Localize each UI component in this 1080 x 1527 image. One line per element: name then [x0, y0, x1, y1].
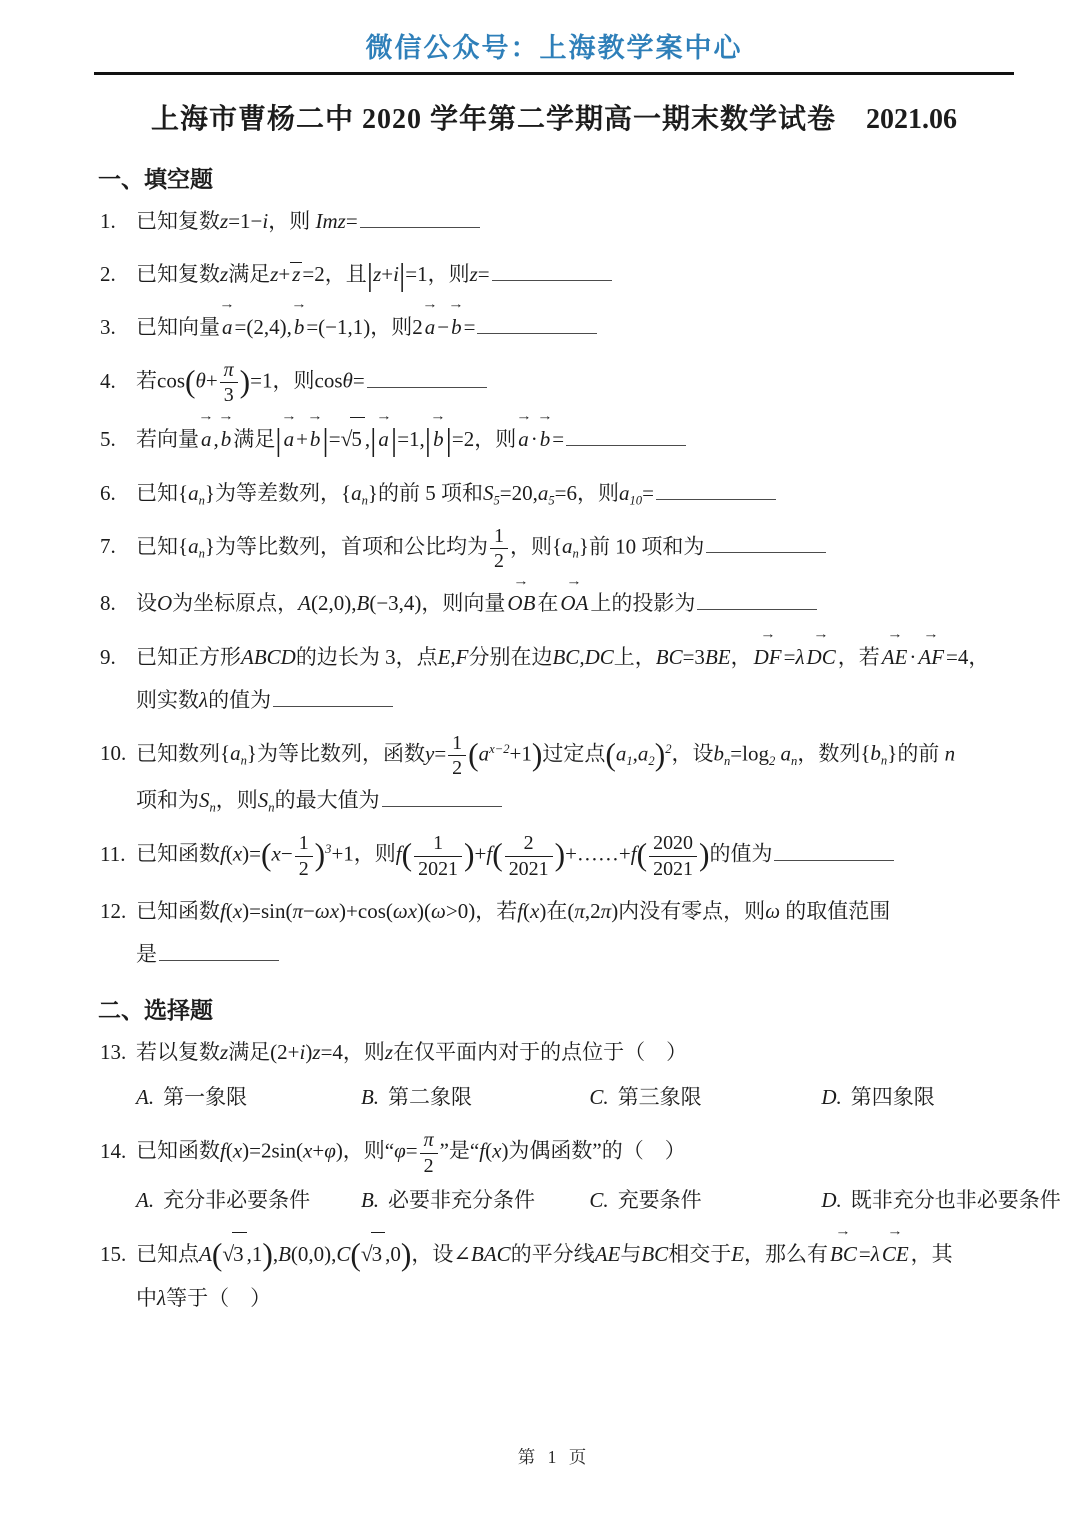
math-paren: ) [699, 839, 710, 871]
math-vector: →AE [882, 636, 908, 679]
math-vector: →DF [754, 636, 782, 679]
math-bar: | [446, 424, 452, 456]
math-italic: φ [324, 1139, 336, 1163]
math-italic: a [222, 315, 233, 339]
math-fraction: π2 [420, 1129, 438, 1177]
vector-arrow-icon: → [219, 298, 235, 311]
math-bar: | [391, 424, 397, 456]
math-italic: i [262, 209, 268, 233]
option: B.必要非充分条件 [361, 1178, 589, 1222]
math-paren: ( [350, 1239, 361, 1271]
question-number: 9. [100, 636, 136, 679]
question: 12.已知函数f(x)=sin(π−ωx)+cos(ωx)(ω>0)，若f(x)… [100, 890, 1008, 976]
math-paren: ) [464, 839, 475, 871]
math-vector: →b [221, 418, 232, 461]
section-heading: 一、填空题 [98, 161, 1008, 194]
question-line: 15.已知点A(√3,1),B(0,0),C(√3,0)，设∠BAC的平分线AE… [136, 1232, 1008, 1277]
exam-title: 上海市曹杨二中 2020 学年第二学期高一期末数学试卷 [151, 104, 836, 135]
question-number: 11. [100, 833, 136, 876]
vector-arrow-icon: → [430, 410, 446, 423]
vector-arrow-icon: → [307, 410, 323, 423]
question-number: 13. [100, 1031, 136, 1074]
math-subscript: 5 [548, 493, 554, 507]
question-line: 中λ等于（ ） [136, 1277, 1008, 1320]
math-italic: π [293, 899, 304, 923]
question: 3.已知向量→a=(2,4),→b=(−1,1)，则2→a−→b= [100, 306, 1008, 349]
question-line: 项和为Sn，则Sn的最大值为 [136, 779, 1008, 822]
math-italic: a [538, 481, 549, 505]
math-italic: a [230, 741, 241, 765]
math-italic: b [310, 427, 321, 451]
option-text: 既非充分也非必要条件 [851, 1188, 1061, 1212]
math-italic: n [199, 547, 205, 561]
question-number: 8. [100, 582, 136, 625]
math-italic: AE [595, 1242, 621, 1266]
math-italic: λ [199, 688, 208, 712]
math-italic: DF [754, 645, 782, 669]
math-subscript: n [724, 754, 730, 768]
math-vector: →a [518, 418, 529, 461]
math-italic: a [562, 534, 573, 558]
question-line: 是 [136, 933, 1008, 976]
math-italic: π [574, 899, 585, 923]
math-subscript: 2 [769, 754, 775, 768]
math-italic: z [220, 209, 228, 233]
exam-page: 微信公众号：上海教学案中心 上海市曹杨二中 2020 学年第二学期高一期末数学试… [0, 0, 1080, 1527]
math-italic: BC [830, 1242, 857, 1266]
math-fraction: 20202021 [649, 832, 697, 880]
option-text: 第三象限 [618, 1085, 702, 1109]
math-italic: b [433, 427, 444, 451]
math-italic: a [188, 534, 199, 558]
vector-arrow-icon: → [887, 628, 903, 641]
math-subscript: n [241, 754, 247, 768]
math-italic: S [483, 481, 494, 505]
math-vector: →BC [830, 1233, 857, 1276]
math-italic: z [312, 1040, 320, 1064]
question-number: 3. [100, 306, 136, 349]
math-italic: B [278, 1242, 291, 1266]
math-italic: Imz [315, 209, 345, 233]
math-vector: →b [294, 306, 305, 349]
math-italic: a [351, 481, 362, 505]
math-paren: ) [262, 1239, 273, 1271]
math-bar: | [399, 259, 405, 291]
math-italic: x [303, 1139, 312, 1163]
math-italic: z [220, 262, 228, 286]
question-number: 12. [100, 890, 136, 933]
question-line: 7.已知{an}为等比数列，首项和公比均为12，则{an}前 10 项和为 [136, 525, 1008, 573]
math-vector: →b [310, 418, 321, 461]
vector-arrow-icon: → [514, 575, 530, 588]
math-italic: n [362, 493, 368, 507]
math-subscript: 1 [626, 754, 632, 768]
math-italic: π [601, 899, 612, 923]
option: C.第三象限 [589, 1075, 821, 1119]
question: 6.已知{an}为等差数列，{an}的前 5 项和S5=20,a5=6，则a10… [100, 472, 1008, 515]
vector-arrow-icon: → [836, 1225, 852, 1238]
math-italic: x [233, 1139, 242, 1163]
vector-arrow-icon: → [516, 410, 532, 423]
math-paren: ( [261, 839, 272, 871]
math-subscript: n [199, 493, 205, 507]
question-line: 14.已知函数f(x)=2sin(x+φ)，则“φ=π2”是“f(x)为偶函数”… [136, 1129, 1008, 1177]
question-line: 12.已知函数f(x)=sin(π−ωx)+cos(ωx)(ω>0)，若f(x)… [136, 890, 1008, 933]
math-italic: λ [871, 1242, 880, 1266]
option-label: B. [361, 1085, 379, 1109]
math-fraction: 12 [448, 732, 466, 780]
math-italic: x [492, 1139, 501, 1163]
math-italic: E [731, 1242, 744, 1266]
math-superscript: x−2 [489, 742, 509, 756]
math-italic: f [517, 899, 523, 923]
math-italic: n [268, 801, 274, 815]
math-italic: a [201, 427, 212, 451]
math-fraction: 12 [490, 525, 508, 573]
answer-blank [774, 840, 894, 861]
vector-arrow-icon: → [887, 1225, 903, 1238]
math-italic: a [188, 481, 199, 505]
math-subscript: n [881, 754, 887, 768]
math-subscript: n [199, 547, 205, 561]
math-fraction: 12 [295, 832, 313, 880]
question-line: 9.已知正方形ABCD的边长为 3，点E,F分别在边BC,DC上，BC=3BE，… [136, 636, 1008, 679]
math-paren: ( [185, 366, 196, 398]
option-label: D. [821, 1085, 841, 1109]
page-title: 上海市曹杨二中 2020 学年第二学期高一期末数学试卷2021.06 [100, 97, 1008, 137]
math-set-braces: {an} [552, 534, 589, 558]
question: 15.已知点A(√3,1),B(0,0),C(√3,0)，设∠BAC的平分线AE… [100, 1232, 1008, 1320]
question-number: 14. [100, 1130, 136, 1173]
math-italic: n [210, 801, 216, 815]
question-line: 4.若cos(θ+π3)=1，则cosθ= [136, 359, 1008, 407]
math-italic: z [373, 262, 381, 286]
math-italic: a [638, 741, 649, 765]
math-subscript: n [362, 493, 368, 507]
question-line: 8.设O为坐标原点，A(2,0),B(−3,4)，则向量→OB在→OA上的投影为 [136, 582, 1008, 625]
math-italic: z [385, 1040, 393, 1064]
math-superscript: 2 [665, 742, 671, 756]
math-italic: λ [795, 645, 804, 669]
math-italic: z [470, 262, 478, 286]
math-italic: ωx [315, 899, 339, 923]
math-italic: A [298, 591, 311, 615]
option: C.充要条件 [589, 1178, 821, 1222]
math-italic: b [714, 741, 725, 765]
math-subscript: n [573, 547, 579, 561]
question: 11.已知函数f(x)=(x−12)3+1，则f(12021)+f(22021)… [100, 832, 1008, 880]
math-italic: a [479, 741, 490, 765]
math-set-braces: {an} [178, 481, 215, 505]
math-italic: a [616, 741, 627, 765]
math-italic: n [945, 741, 956, 765]
option-label: D. [821, 1188, 841, 1212]
question-number: 10. [100, 732, 136, 775]
math-italic: f [479, 1139, 485, 1163]
option: B.第二象限 [361, 1075, 589, 1119]
math-italic: b [540, 427, 551, 451]
question-number: 4. [100, 360, 136, 403]
math-paren: ) [532, 739, 543, 771]
math-italic: λ [157, 1286, 166, 1310]
math-italic: n [881, 754, 887, 768]
math-set-braces: {an} [341, 481, 378, 505]
header-divider [94, 72, 1014, 75]
question: 8.设O为坐标原点，A(2,0),B(−3,4)，则向量→OB在→OA上的投影为 [100, 582, 1008, 625]
question: 1.已知复数z=1−i，则 Imz= [100, 200, 1008, 243]
option-text: 第四象限 [851, 1085, 935, 1109]
math-paren: ) [655, 739, 666, 771]
math-bar: | [275, 424, 281, 456]
question-line: 则实数λ的值为 [136, 679, 1008, 722]
question-number: 2. [100, 253, 136, 296]
vector-arrow-icon: → [422, 298, 438, 311]
math-italic: a [619, 481, 630, 505]
math-paren: ( [605, 739, 616, 771]
math-vector: →a [284, 418, 295, 461]
question-line: 5.若向量→a,→b满足|→a+→b|=√5,|→a|=1,|→b|=2，则→a… [136, 417, 1008, 462]
question-line: 10.已知数列{an}为等比数列，函数y=12(ax−2+1)过定点(a1,a2… [136, 732, 1008, 780]
vector-arrow-icon: → [923, 628, 939, 641]
question: 13.若以复数z满足(2+i)z=4，则z在仅平面内对于的点位于（ ）A.第一象… [100, 1031, 1008, 1119]
math-vector: →a [378, 418, 389, 461]
question: 2.已知复数z满足z+z=2，且|z+i|=1，则z= [100, 253, 1008, 296]
math-italic: ω [431, 899, 446, 923]
answer-blank [382, 786, 502, 807]
math-subscript: n [791, 754, 797, 768]
math-vector: →b [451, 306, 462, 349]
math-sqrt: √3 [361, 1232, 385, 1277]
option-text: 必要非充分条件 [388, 1188, 535, 1212]
math-italic: ABCD [241, 645, 296, 669]
question: 4.若cos(θ+π3)=1，则cosθ= [100, 359, 1008, 407]
question-number: 1. [100, 200, 136, 243]
math-paren: ( [468, 739, 479, 771]
wechat-banner: 微信公众号：上海教学案中心 [100, 26, 1008, 65]
math-italic: S [258, 788, 269, 812]
questions-area: 一、填空题1.已知复数z=1−i，则 Imz=2.已知复数z满足z+z=2，且|… [100, 145, 1008, 1330]
option-text: 第二象限 [388, 1085, 472, 1109]
answer-blank [656, 479, 776, 500]
math-vector: →a [201, 418, 212, 461]
vector-arrow-icon: → [760, 628, 776, 641]
math-italic: f [220, 899, 226, 923]
math-set-braces: {an} [220, 741, 257, 765]
math-italic: C [336, 1242, 350, 1266]
math-subscript: 10 [630, 493, 643, 507]
option-text: 充要条件 [618, 1188, 702, 1212]
vector-arrow-icon: → [198, 410, 214, 423]
answer-blank [477, 313, 597, 334]
question: 9.已知正方形ABCD的边长为 3，点E,F分别在边BC,DC上，BC=3BE，… [100, 636, 1008, 722]
math-overline: z [290, 262, 302, 286]
math-italic: θ [343, 369, 353, 393]
options-row: A.充分非必要条件B.必要非充分条件C.充要条件D.既非充分也非必要条件 [136, 1178, 1008, 1222]
section-heading: 二、选择题 [98, 992, 1008, 1025]
math-italic: n [791, 754, 797, 768]
math-paren: ( [212, 1239, 223, 1271]
answer-blank [159, 940, 279, 961]
question-number: 15. [100, 1233, 136, 1276]
math-italic: OB [507, 591, 535, 615]
math-bar: | [370, 424, 376, 456]
options-row: A.第一象限B.第二象限C.第三象限D.第四象限 [136, 1075, 1008, 1119]
question-line: 6.已知{an}为等差数列，{an}的前 5 项和S5=20,a5=6，则a10… [136, 472, 1008, 515]
question-line: 11.已知函数f(x)=(x−12)3+1，则f(12021)+f(22021)… [136, 832, 1008, 880]
math-italic: π [224, 359, 234, 381]
math-paren: ( [637, 839, 648, 871]
page-footer: 第 1 页 [100, 1444, 1008, 1469]
math-italic: b [221, 427, 232, 451]
math-italic: b [451, 315, 462, 339]
math-vector: →DC [807, 636, 836, 679]
math-italic: a [378, 427, 389, 451]
math-italic: x [272, 842, 281, 866]
math-italic: b [294, 315, 305, 339]
option-label: A. [136, 1188, 154, 1212]
math-italic: x [489, 742, 495, 756]
answer-blank [706, 533, 826, 554]
math-italic: CE [882, 1242, 909, 1266]
question: 14.已知函数f(x)=2sin(x+φ)，则“φ=π2”是“f(x)为偶函数”… [100, 1129, 1008, 1222]
question: 5.若向量→a,→b满足|→a+→b|=√5,|→a|=1,|→b|=2，则→a… [100, 417, 1008, 462]
math-italic: θ [196, 369, 206, 393]
vector-arrow-icon: → [291, 298, 307, 311]
vector-arrow-icon: → [376, 410, 392, 423]
math-italic: S [199, 788, 210, 812]
math-italic: z [270, 262, 278, 286]
math-italic: BE [705, 645, 731, 669]
option: A.充分非必要条件 [136, 1178, 361, 1222]
math-italic: n [724, 754, 730, 768]
math-subscript: n [268, 801, 274, 815]
math-italic: AF [918, 645, 944, 669]
math-italic: f [220, 842, 226, 866]
math-italic: E,F [438, 645, 469, 669]
question-line: 1.已知复数z=1−i，则 Imz= [136, 200, 1008, 243]
vector-arrow-icon: → [218, 410, 234, 423]
math-vector: →a [222, 306, 233, 349]
vector-arrow-icon: → [567, 575, 583, 588]
math-italic: a [284, 427, 295, 451]
math-italic: b [870, 741, 881, 765]
question-number: 7. [100, 525, 136, 568]
math-italic: n [573, 547, 579, 561]
math-italic: i [300, 1040, 306, 1064]
option-label: C. [589, 1085, 608, 1109]
math-paren: ) [401, 1239, 412, 1271]
math-subscript: n [210, 801, 216, 815]
math-italic: φ [394, 1139, 406, 1163]
math-italic: z [220, 1040, 228, 1064]
math-italic: ω [765, 899, 780, 923]
vector-arrow-icon: → [449, 298, 465, 311]
math-italic: O [157, 591, 172, 615]
math-italic: BC [641, 1242, 668, 1266]
option: D.既非充分也非必要条件 [821, 1178, 1060, 1222]
math-superscript: 3 [325, 842, 331, 856]
math-italic: n [199, 493, 205, 507]
math-bar: | [425, 424, 431, 456]
math-italic: BAC [471, 1242, 511, 1266]
answer-blank [492, 260, 612, 281]
math-vector: →b [540, 418, 551, 461]
answer-blank [697, 590, 817, 611]
option-label: C. [589, 1188, 608, 1212]
question: 10.已知数列{an}为等比数列，函数y=12(ax−2+1)过定点(a1,a2… [100, 732, 1008, 823]
math-paren: ) [240, 366, 251, 398]
math-set-braces: {an} [178, 534, 215, 558]
math-italic: a [518, 427, 529, 451]
math-italic: z [292, 262, 300, 286]
math-italic: x [530, 899, 539, 923]
math-fraction: 22021 [505, 832, 553, 880]
math-italic: OA [560, 591, 588, 615]
question: 7.已知{an}为等比数列，首项和公比均为12，则{an}前 10 项和为 [100, 525, 1008, 573]
math-vector: →b [433, 418, 444, 461]
answer-blank [273, 686, 393, 707]
vector-arrow-icon: → [281, 410, 297, 423]
math-italic: ωx [393, 899, 417, 923]
math-vector: →CE [882, 1233, 909, 1276]
math-italic: n [241, 754, 247, 768]
math-italic: BC,DC [552, 645, 613, 669]
option-label: B. [361, 1188, 379, 1212]
math-paren: ( [492, 839, 503, 871]
math-vector: →OA [560, 582, 588, 625]
math-bar: | [322, 424, 328, 456]
math-italic: x [233, 899, 242, 923]
math-fraction: π3 [220, 359, 238, 407]
math-italic: DC [807, 645, 836, 669]
math-paren: ) [315, 839, 326, 871]
option: A.第一象限 [136, 1075, 361, 1119]
question-number: 6. [100, 472, 136, 515]
option-text: 第一象限 [163, 1085, 247, 1109]
vector-arrow-icon: → [537, 410, 553, 423]
math-sqrt: √3 [222, 1232, 246, 1277]
math-paren: ( [402, 839, 413, 871]
question-line: 2.已知复数z满足z+z=2，且|z+i|=1，则z= [136, 253, 1008, 296]
math-italic: a [425, 315, 436, 339]
option: D.第四象限 [821, 1075, 1008, 1119]
math-vector: →OB [507, 582, 535, 625]
math-sqrt: √5 [341, 417, 365, 462]
option-label: A. [136, 1085, 154, 1109]
math-italic: x [233, 842, 242, 866]
math-vector: →AF [918, 636, 944, 679]
math-italic: AE [882, 645, 908, 669]
vector-arrow-icon: → [813, 628, 829, 641]
answer-blank [360, 207, 480, 228]
math-italic: π [424, 1129, 434, 1151]
math-italic: BC [656, 645, 683, 669]
math-subscript: 5 [493, 493, 499, 507]
question-line: 13.若以复数z满足(2+i)z=4，则z在仅平面内对于的点位于（ ） [136, 1031, 1008, 1074]
answer-blank [566, 425, 686, 446]
math-set-braces: {bn} [860, 741, 897, 765]
math-paren: ) [555, 839, 566, 871]
math-fraction: 12021 [414, 832, 462, 880]
option-text: 充分非必要条件 [163, 1188, 310, 1212]
question-number: 5. [100, 418, 136, 461]
math-italic: f [220, 1139, 226, 1163]
math-italic: B [357, 591, 370, 615]
math-italic: a [781, 741, 792, 765]
math-italic: y [425, 741, 434, 765]
question-line: 3.已知向量→a=(2,4),→b=(−1,1)，则2→a−→b= [136, 306, 1008, 349]
math-vector: →a [425, 306, 436, 349]
